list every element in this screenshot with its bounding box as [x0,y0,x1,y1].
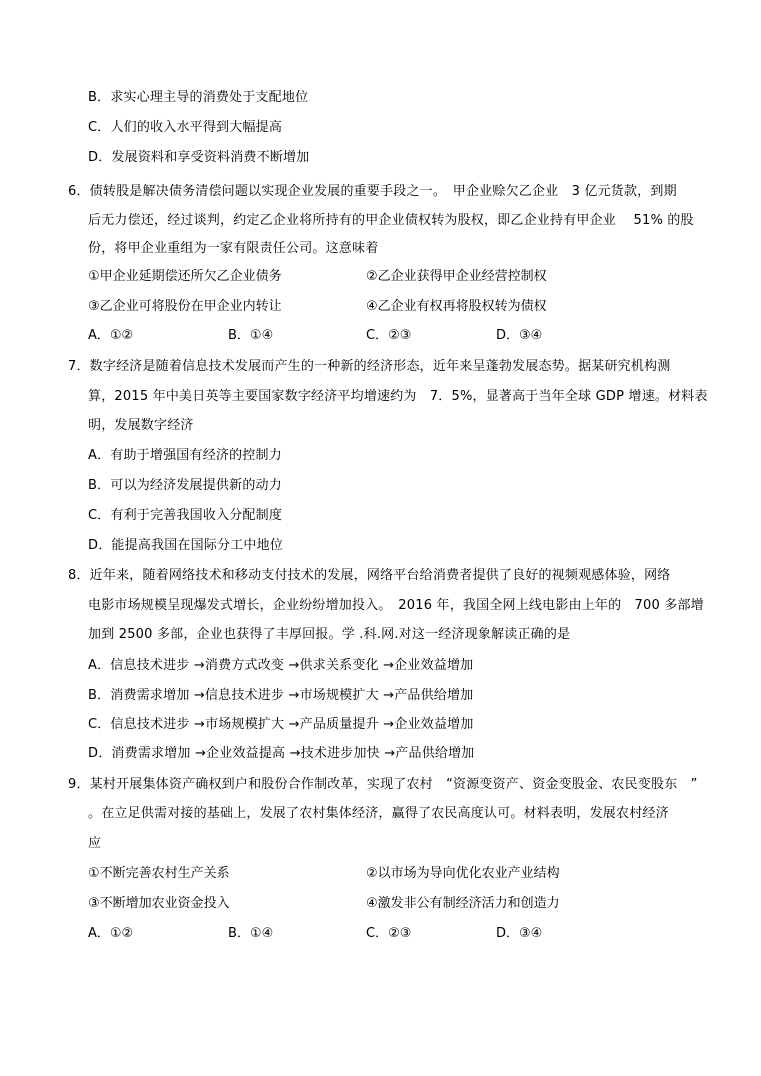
question-stem-line: 6．债转股是解决债务清偿问题以实现企业发展的重要手段之一。 甲企业赊欠乙企业 3… [68,184,677,200]
option-text: 能提高我国在国际分工中地位 [111,538,283,553]
statement-1: ①不断完善农村生产关系 [88,866,230,882]
option-b: B．求实心理主导的消费处于支配地位 [88,90,308,106]
statement-4: ④乙企业有权再将股权转为债权 [366,299,547,315]
stem-text: 数字经济是随着信息技术发展而产生的一种新的经济形态，近年来呈蓬勃发展态势。据某研… [90,359,671,374]
option-c: C．有利于完善我国收入分配制度 [88,508,282,524]
option-text: 发展资料和享受资料消费不断增加 [111,150,309,165]
statement-3: ③乙企业可将股份在甲企业内转让 [88,299,282,315]
option-text: 可以为经济发展提供新的动力 [110,478,282,493]
option-a: A．有助于增强国有经济的控制力 [88,448,282,464]
question-stem-line: 明，发展数字经济 [88,418,194,434]
statement-2: ②以市场为导向优化农业产业结构 [366,866,560,882]
option-text: 消费需求增加 →企业效益提高 →技术进步加快 →产品供给增加 [111,746,474,761]
question-stem-line: 7．数字经济是随着信息技术发展而产生的一种新的经济形态，近年来呈蓬勃发展态势。据… [68,359,670,375]
stem-text: 债转股是解决债务清偿问题以实现企业发展的重要手段之一。 甲企业赊欠乙企业 3 亿… [90,184,677,199]
option-letter: C． [88,717,110,732]
option-text: 求实心理主导的消费处于支配地位 [110,90,308,105]
question-stem-line: 应 [88,836,101,852]
option-letter: C． [88,508,110,523]
stem-text: 某村开展集体资产确权到户和股份合作制改革，实现了农村 “资源变资产、资金变股金、… [90,777,698,792]
question-stem-line: 加到 2500 多部，企业也获得了丰厚回报。学 .科.网.对这一经济现象解读正确… [88,627,570,643]
option-letter: B． [88,478,110,493]
choice-a: A．①② [88,926,133,942]
question-number: 7． [68,359,90,374]
question-stem-line: 。在立足供需对接的基础上，发展了农村集体经济，赢得了农民高度认可。材料表明，发展… [88,806,669,822]
question-stem-line: 电影市场规模呈现爆发式增长，企业纷纷增加投入。 2016 年，我国全网上线电影由… [88,598,704,614]
statement-1: ①甲企业延期偿还所欠乙企业债务 [88,269,282,285]
option-b: B．消费需求增加 →信息技术进步 →市场规模扩大 →产品供给增加 [88,688,473,704]
question-stem-line: 算，2015 年中美日英等主要国家数字经济平均增速约为 7．5%，显著高于当年全… [88,389,708,405]
choice-d: D．③④ [496,328,542,344]
question-number: 9． [68,777,90,792]
option-d: D．发展资料和享受资料消费不断增加 [88,150,309,166]
stem-text: 近年来，随着网络技术和移动支付技术的发展，网络平台给消费者提供了良好的视频观感体… [90,568,671,583]
question-stem-line: 9．某村开展集体资产确权到户和股份合作制改革，实现了农村 “资源变资产、资金变股… [68,777,698,793]
option-text: 有助于增强国有经济的控制力 [110,448,282,463]
option-c: C．人们的收入水平得到大幅提高 [88,120,282,136]
option-d: D．消费需求增加 →企业效益提高 →技术进步加快 →产品供给增加 [88,746,475,762]
choice-b: B．①④ [228,328,273,344]
statement-3: ③不断增加农业资金投入 [88,896,230,912]
option-a: A．信息技术进步 →消费方式改变 →供求关系变化 →企业效益增加 [88,658,473,674]
statement-4: ④激发非公有制经济活力和创造力 [366,896,560,912]
option-letter: A． [88,448,110,463]
question-stem-line: 份，将甲企业重组为一家有限责任公司。这意味着 [88,241,378,257]
option-letter: D． [88,538,111,553]
option-letter: D． [88,746,111,761]
option-text: 有利于完善我国收入分配制度 [110,508,282,523]
option-text: 信息技术进步 →市场规模扩大 →产品质量提升 →企业效益增加 [110,717,473,732]
option-text: 人们的收入水平得到大幅提高 [110,120,282,135]
option-text: 消费需求增加 →信息技术进步 →市场规模扩大 →产品供给增加 [110,688,473,703]
choice-a: A．①② [88,328,133,344]
question-number: 8． [68,568,90,583]
option-b: B．可以为经济发展提供新的动力 [88,478,282,494]
question-number: 6． [68,184,90,199]
option-letter: B． [88,688,110,703]
choice-c: C．②③ [366,926,411,942]
option-letter: D． [88,150,111,165]
option-letter: A． [88,658,110,673]
choice-c: C．②③ [366,328,411,344]
option-c: C．信息技术进步 →市场规模扩大 →产品质量提升 →企业效益增加 [88,717,474,733]
choice-d: D．③④ [496,926,542,942]
option-d: D．能提高我国在国际分工中地位 [88,538,283,554]
choice-b: B．①④ [228,926,273,942]
option-letter: B． [88,90,110,105]
statement-2: ②乙企业获得甲企业经营控制权 [366,269,547,285]
option-letter: C． [88,120,110,135]
question-stem-line: 后无力偿还，经过谈判，约定乙企业将所持有的甲企业债权转为股权，即乙企业持有甲企业… [88,213,694,229]
option-text: 信息技术进步 →消费方式改变 →供求关系变化 →企业效益增加 [110,658,473,673]
question-stem-line: 8．近年来，随着网络技术和移动支付技术的发展，网络平台给消费者提供了良好的视频观… [68,568,670,584]
